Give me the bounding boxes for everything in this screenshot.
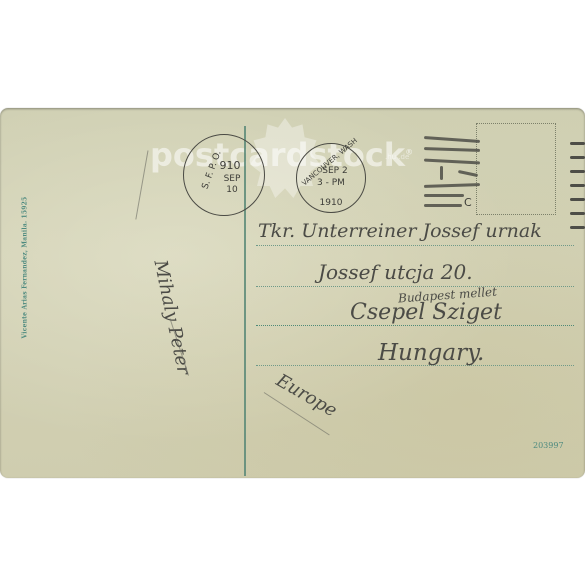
- handwritten-street: Jossef utcja 20.: [318, 260, 473, 284]
- postmark-year: 910: [190, 161, 270, 171]
- cancellation-lines-right: [570, 140, 585, 230]
- handwritten-signature: Mihaly Peter: [149, 258, 194, 376]
- postmark-month: SEP: [192, 174, 272, 184]
- address-line-3: [256, 325, 574, 326]
- cancellation-wavy-lines: C: [424, 136, 484, 226]
- postmark-year: 1910: [297, 198, 365, 208]
- publisher-imprint: Vicente Arias Fernandez, Manila. 15925: [22, 209, 29, 339]
- postmark-time: 3 - PM: [297, 178, 365, 188]
- handwritten-continent: Europe: [273, 370, 341, 421]
- postmark-day: 10: [192, 185, 272, 195]
- postcard-back: postcardstock® .hu .de Vicente Arias Fer…: [0, 108, 585, 478]
- pencil-stroke: [135, 150, 148, 219]
- stamp-placement-box: [476, 123, 556, 215]
- cancel-letter: C: [464, 196, 472, 209]
- handwritten-recipient: Tkr. Unterreiner Jossef urnak: [258, 220, 542, 242]
- vancouver-postmark: VANCOUVER, WASH SEP 2 3 - PM 1910: [296, 143, 366, 213]
- handwritten-country: Hungary.: [378, 340, 484, 366]
- address-line-1: [256, 245, 574, 246]
- handwritten-district: Csepel Sziget: [350, 300, 502, 325]
- origin-postmark: S. F. P. O. 910 SEP 10: [183, 134, 265, 216]
- watermark-subtext: .hu .de: [385, 153, 409, 161]
- address-line-2: [256, 286, 574, 287]
- postmark-date: SEP 2: [301, 166, 369, 176]
- serial-number: 203997: [533, 441, 564, 450]
